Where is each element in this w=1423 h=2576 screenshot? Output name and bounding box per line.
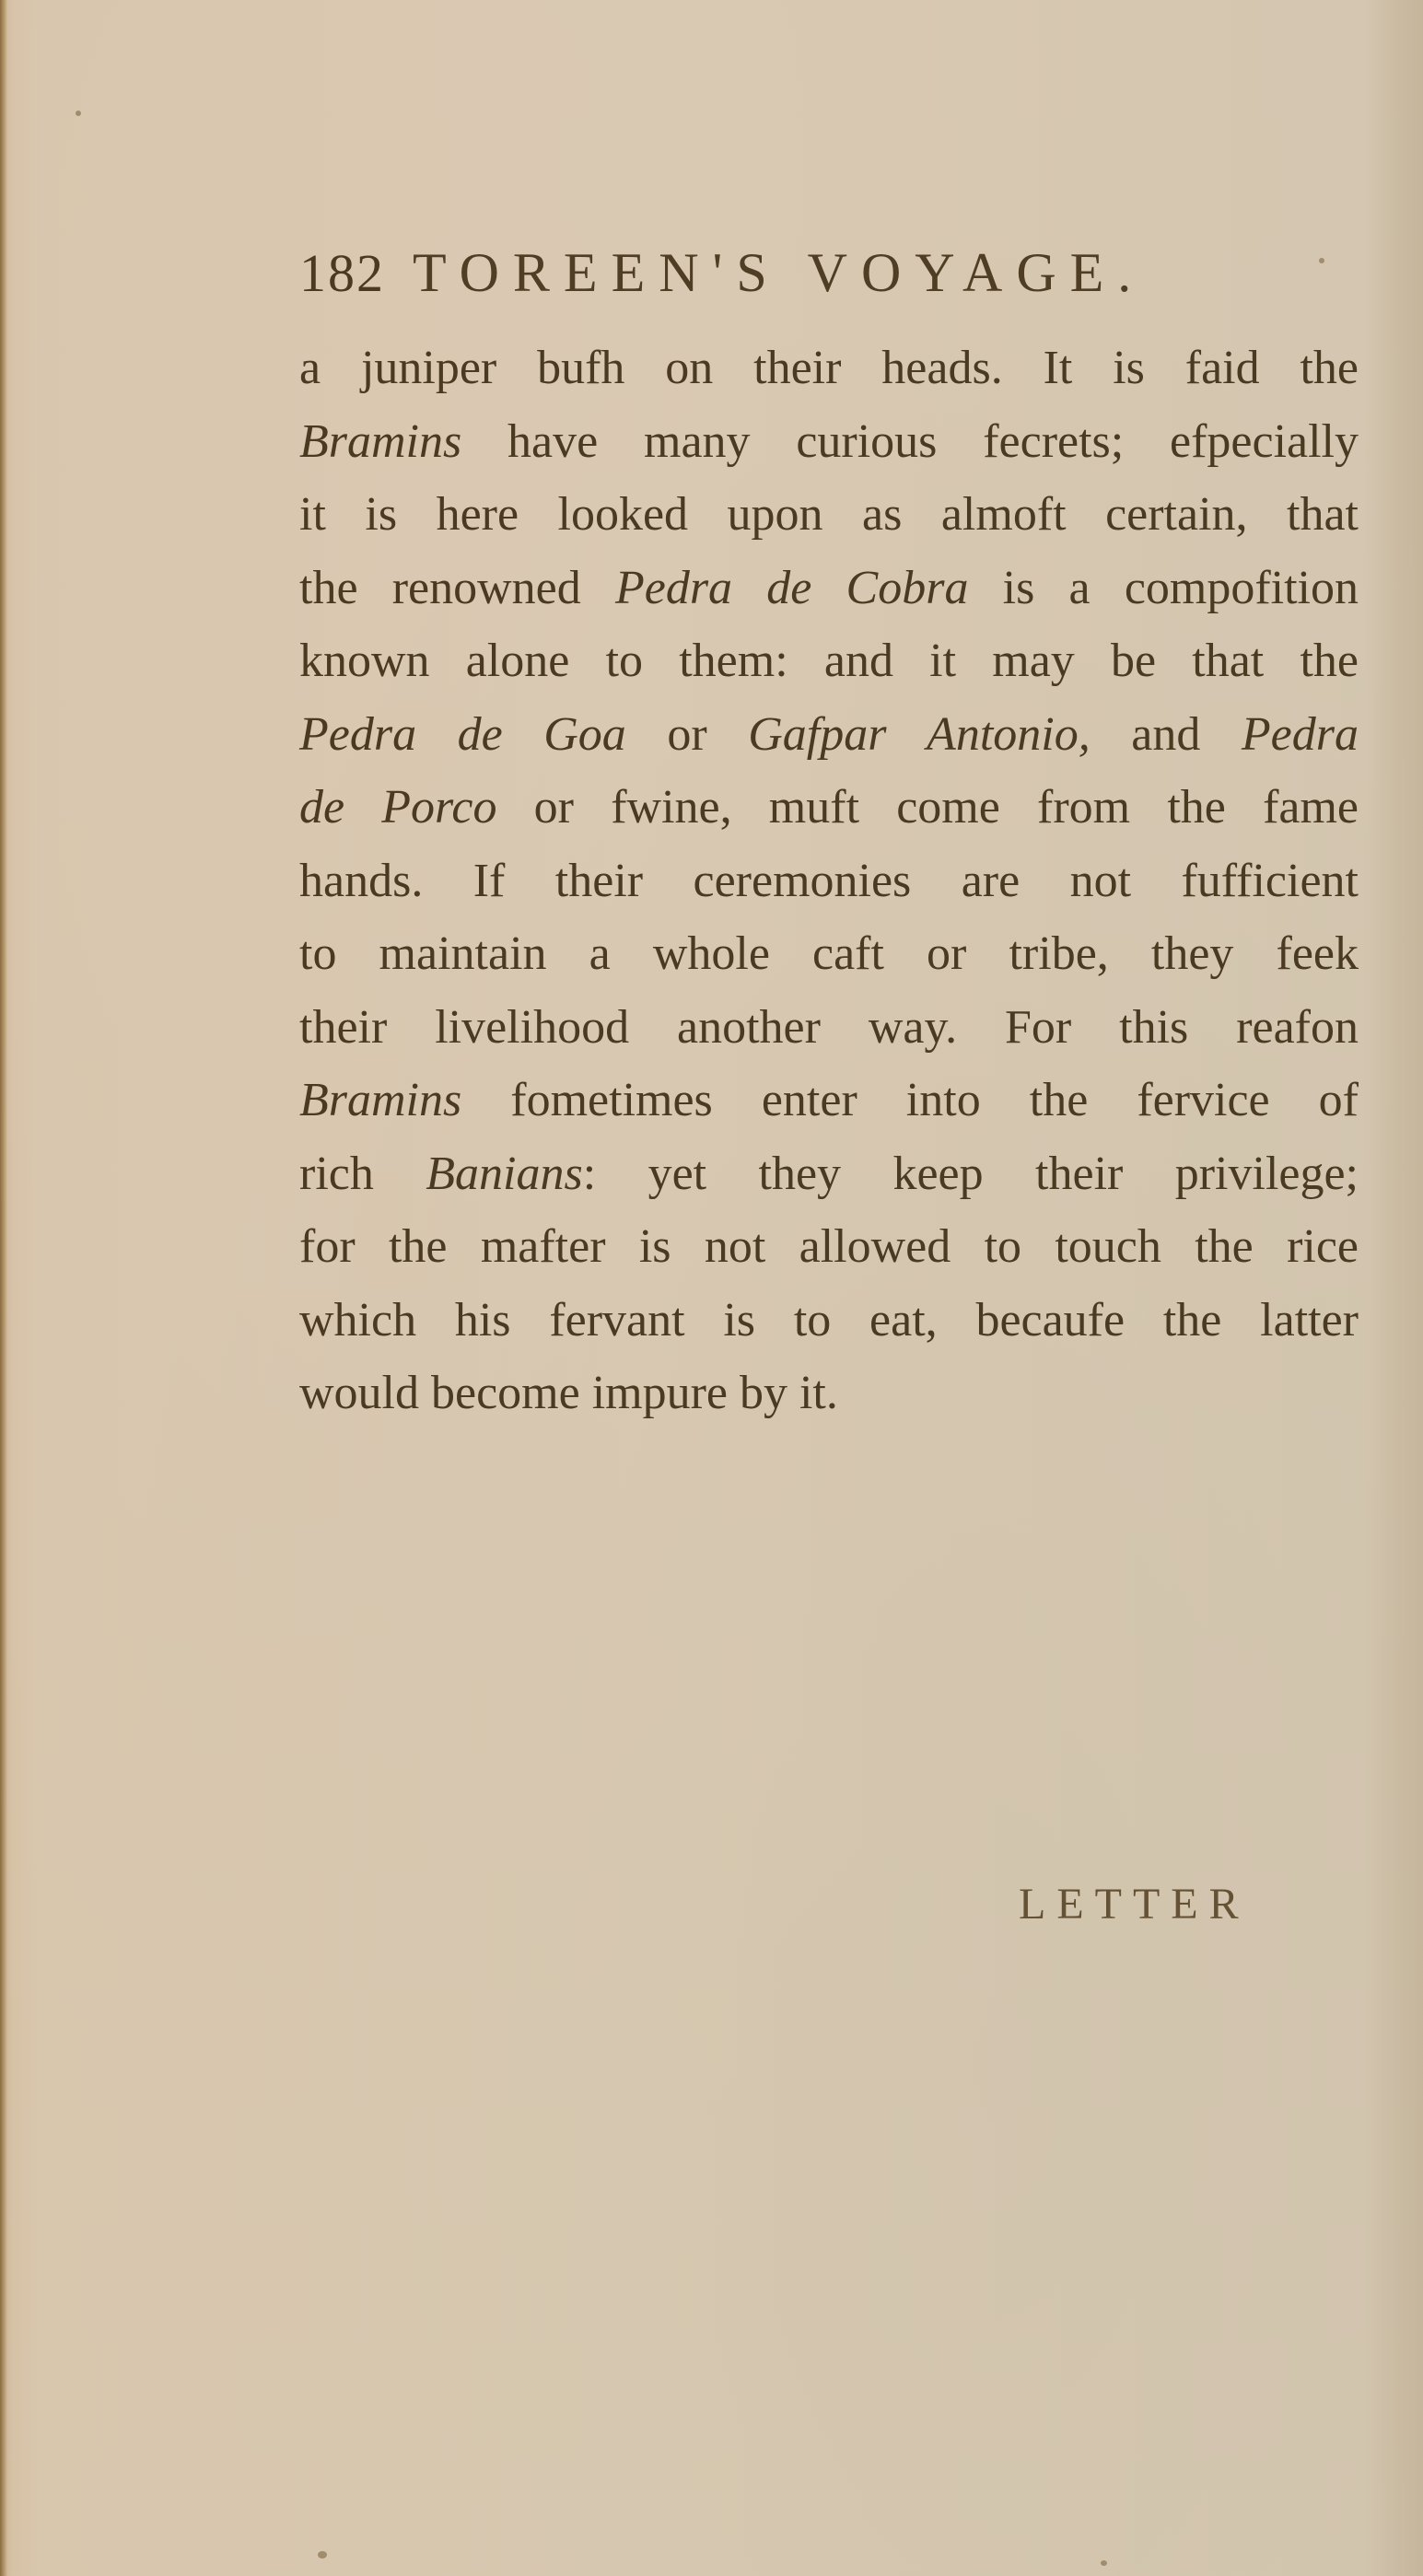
- italic-text: Pedra de Cobra: [615, 562, 968, 614]
- text-line: Bramins fometimes enter into the fervice…: [299, 1064, 1359, 1137]
- text-line: the renowned Pedra de Cobra is a compofi…: [299, 552, 1359, 625]
- roman-text: for the mafter is not allowed to touch t…: [299, 1220, 1359, 1273]
- roman-text: the renowned: [299, 562, 615, 614]
- text-line: known alone to them: and it may be that …: [299, 624, 1359, 698]
- book-page: 182 TOREEN'S VOYAGE. a juniper bufh on t…: [0, 0, 1423, 2576]
- text-line: to maintain a whole caft or tribe, they …: [299, 917, 1359, 991]
- text-line: a juniper bufh on their heads. It is fai…: [299, 332, 1359, 405]
- italic-text: de Porco: [299, 781, 496, 833]
- paper-speck: [1101, 2560, 1107, 2566]
- text-line: which his fervant is to eat, becaufe the…: [299, 1284, 1359, 1358]
- roman-text: it is here looked upon as almoft certain…: [299, 488, 1359, 541]
- catchword: LETTER: [1019, 1879, 1250, 1929]
- italic-text: Pedra: [1242, 708, 1359, 761]
- page-right-edge: [1371, 0, 1423, 2576]
- roman-text: fometimes enter into the fervice of: [461, 1074, 1359, 1126]
- italic-text: Bramins: [299, 1074, 461, 1126]
- roman-text: or fwine, muft come from the fame: [496, 781, 1359, 833]
- text-line: would become impure by it.: [299, 1357, 1359, 1430]
- text-line: for the mafter is not allowed to touch t…: [299, 1210, 1359, 1284]
- text-line: Pedra de Goa or Gafpar Antonio, and Pedr…: [299, 698, 1359, 772]
- roman-text: : yet they keep their privilege;: [583, 1148, 1359, 1200]
- italic-text: Pedra de Goa: [299, 708, 626, 761]
- italic-text: Bramins: [299, 415, 461, 468]
- running-head: 182 TOREEN'S VOYAGE.: [299, 241, 1386, 315]
- text-line: hands. If their ceremonies are not fuffi…: [299, 845, 1359, 918]
- text-line: it is here looked upon as almoft certain…: [299, 478, 1359, 552]
- text-line: their livelihood another way. For this r…: [299, 991, 1359, 1065]
- roman-text: to maintain a whole caft or tribe, they …: [299, 927, 1359, 980]
- roman-text: hands. If their ceremonies are not fuffi…: [299, 855, 1359, 907]
- text-line: Bramins have many curious fecrets; efpec…: [299, 405, 1359, 479]
- roman-text: a juniper bufh on their heads. It is fai…: [299, 342, 1359, 394]
- roman-text: their livelihood another way. For this r…: [299, 1001, 1359, 1054]
- roman-text: rich: [299, 1148, 426, 1200]
- roman-text: would become impure by it.: [299, 1367, 838, 1419]
- italic-text: Banians: [426, 1148, 582, 1200]
- binding-edge: [0, 0, 7, 2576]
- paper-speck: [318, 2551, 327, 2559]
- text-line: rich Banians: yet they keep their privil…: [299, 1137, 1359, 1211]
- text-line: de Porco or fwine, muft come from the fa…: [299, 771, 1359, 845]
- roman-text: and: [1091, 708, 1242, 761]
- roman-text: or: [626, 708, 748, 761]
- roman-text: which his fervant is to eat, becaufe the…: [299, 1294, 1359, 1346]
- paper-speck: [76, 111, 81, 116]
- paper-speck: [1319, 258, 1324, 263]
- italic-text: Gafpar Antonio,: [748, 708, 1091, 761]
- roman-text: known alone to them: and it may be that …: [299, 635, 1359, 687]
- roman-text: is a compofition: [968, 562, 1359, 614]
- page-number: 182: [299, 242, 385, 304]
- roman-text: have many curious fecrets; efpecially: [461, 415, 1359, 468]
- running-head-title: TOREEN'S VOYAGE.: [413, 241, 1145, 305]
- body-text: a juniper bufh on their heads. It is fai…: [299, 332, 1359, 1430]
